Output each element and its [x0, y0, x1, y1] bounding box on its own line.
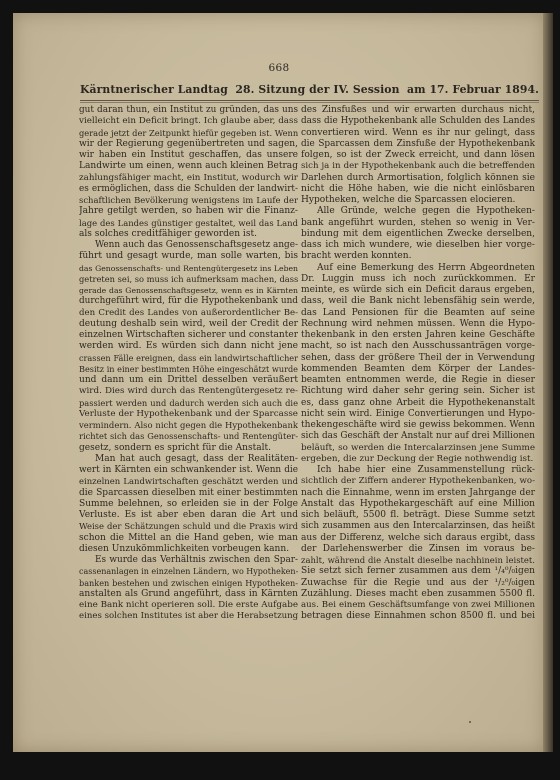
text-line: Es wurde das Verhältnis zwischen den Spa…	[79, 555, 298, 566]
text-line: Wenn auch das Genossenschaftsgesetz ange…	[79, 240, 298, 251]
text-line: beamten entnommen werde, die Regie in di…	[301, 375, 535, 386]
text-line: Summe belehnen, so erleiden sie in der F…	[79, 499, 298, 510]
text-line: wir haben ein Institut geschaffen, das u…	[79, 150, 298, 161]
text-line: aus der Differenz, welche sich daraus er…	[301, 533, 535, 544]
text-line: sich beläuft, 5500 fl. beträgt. Diese Su…	[301, 510, 535, 521]
text-line: meinte, es würde sich ein Deficit daraus…	[301, 285, 535, 296]
text-line: thekenbank in den ersten Jahren keine Ge…	[301, 330, 535, 341]
text-line: das Genossenschafts- und Rentengütergese…	[79, 263, 298, 274]
header-rule	[80, 100, 539, 103]
text-line: lage des Landes günstiger gestaltet, wei…	[79, 218, 298, 229]
text-line: führt und gesagt wurde, man solle warten…	[79, 251, 298, 262]
text-line: eines solchen Institutes ist aber die He…	[79, 611, 298, 622]
text-line: vielleicht ein Deficit bringt. Ich glaub…	[79, 116, 298, 127]
text-line: wert in Kärnten ein schwankender ist. We…	[79, 465, 298, 476]
text-line: es ermöglichen, dass die Schulden der la…	[79, 184, 298, 195]
text-line: sehen, dass der größere Theil der in Ver…	[301, 353, 535, 364]
text-line: Hypotheken, welche die Sparcassen elocie…	[301, 195, 535, 206]
text-line: bindung mit dem eigentlichen Zwecke ders…	[301, 229, 535, 240]
text-line: vermindern. Also nicht gegen die Hypothe…	[79, 420, 298, 431]
text-line: es, dass ganz ohne Arbeit die Hypotheken…	[301, 398, 535, 409]
text-line: anstalten als Grund angeführt, dass in K…	[79, 589, 298, 600]
text-line: folgen, so ist der Zweck erreicht, und d…	[301, 150, 535, 161]
text-line: passiert werden und dadurch werden sich …	[79, 398, 298, 409]
text-line: nicht sein wird. Einige Convertierungen …	[301, 409, 535, 420]
text-line: zahlungsfähiger macht, ein Institut, wod…	[79, 173, 298, 184]
text-line: convertieren wird. Wenn es ihr nur gelin…	[301, 128, 535, 139]
text-line: Besitz in einer bestimmten Höhe eingesch…	[79, 364, 298, 375]
text-line: Man hat auch gesagt, dass der Realitäten…	[79, 454, 298, 465]
text-line: das Land Pensionen für die Beamten auf s…	[301, 308, 535, 319]
text-line: einzelnen Wirtschaften sicherer und cons…	[79, 330, 298, 341]
text-line: banken bestehen und zwischen einigen Hyp…	[79, 578, 298, 589]
text-line: den Credit des Landes von außerordentlic…	[79, 308, 298, 319]
scanned-page: 668 Kärntnerischer Landtag 28. Sitzung d…	[13, 13, 545, 752]
text-line: eine Bank nicht operieren soll. Die erst…	[79, 600, 298, 611]
text-line: Rechnung wird nehmen müssen. Wenn die Hy…	[301, 319, 535, 330]
text-line: Weise der Schätzungen schuld und die Pra…	[79, 521, 298, 532]
text-line: des Zinsfußes und wir erwarten durchaus …	[301, 105, 535, 116]
text-line: bank angeführt wurden, stehen so wenig i…	[301, 218, 535, 229]
text-line: thekengeschäfte wird sie gewiss bekommen…	[301, 420, 535, 431]
text-line: durchgeführt wird, für die Hypothekenban…	[79, 296, 298, 307]
text-line: crassen Fälle ereignen, dass ein landwir…	[79, 353, 298, 364]
text-line: sichtlich der Ziffern anderer Hypotheken…	[301, 476, 535, 487]
text-line: schaftlichen Bevölkerung wenigstens im L…	[79, 195, 298, 206]
text-line: betragen diese Einnahmen schon 8500 fl. …	[301, 611, 535, 622]
page-number: 668	[13, 62, 545, 74]
text-column-right: des Zinsfußes und wir erwarten durchaus …	[301, 105, 535, 623]
text-line: nach die Einnahme, wenn im ersten Jahrga…	[301, 488, 535, 499]
text-line: Richtung wird daher sehr gering sein. Si…	[301, 386, 535, 397]
text-line: die Sparcassen dem Zinsfuße der Hypothek…	[301, 139, 535, 150]
running-head: Kärntnerischer Landtag 28. Sitzung der I…	[80, 83, 539, 96]
text-line: kommenden Beamten dem Körper der Landes-	[301, 364, 535, 375]
paper-speck	[469, 721, 471, 723]
text-line: Auf eine Bemerkung des Herrn Abgeordnete…	[301, 263, 535, 274]
text-line: Verluste der Hypothekenbank und der Spar…	[79, 409, 298, 420]
running-head-right: am 17. Februar 1894.	[407, 83, 539, 96]
running-head-left: Kärntnerischer Landtag	[80, 83, 228, 96]
text-line: Zuzählung. Dieses macht eben zusammen 55…	[301, 589, 535, 600]
text-line: wird. Dies wird durch das Rentengüterges…	[79, 386, 298, 397]
text-line: als solches creditfähiger geworden ist.	[79, 229, 298, 240]
text-line: getreten sei, so muss ich aufmerksam mac…	[79, 274, 298, 285]
text-line: deutung deshalb sein wird, weil der Cred…	[79, 319, 298, 330]
text-line: sich zusammen aus den Intercalarzinsen, …	[301, 521, 535, 532]
text-line: Alle Gründe, welche gegen die Hypotheken…	[301, 206, 535, 217]
page-edge-shadow	[543, 13, 553, 752]
text-line: einzelnen Landwirtschaften geschätzt wer…	[79, 476, 298, 487]
text-line: Landwirte um einen, wenn auch kleinen Be…	[79, 161, 298, 172]
text-line: Sie setzt sich ferner zusammen aus dem ¹…	[301, 566, 535, 577]
text-line: gerade das Genossenschaftsgesetz, wenn e…	[79, 285, 298, 296]
text-line: cassenanlagen in einzelnen Ländern, wo H…	[79, 566, 298, 577]
text-line: richtet sich das Genossenschafts- und Re…	[79, 431, 298, 442]
running-head-center: 28. Sitzung der IV. Session	[235, 83, 399, 96]
text-line: sich ja in der Hypothekenbank auch die b…	[301, 161, 535, 172]
text-line: gut daran thun, ein Institut zu gründen,…	[79, 105, 298, 116]
text-line: wir der Regierung gegenübertreten und sa…	[79, 139, 298, 150]
text-line: sich das Geschäft der Anstalt nur auf dr…	[301, 431, 535, 442]
text-line: Darlehen durch Armortisation, folglich k…	[301, 173, 535, 184]
text-line: Dr. Luggin muss ich noch zurückkommen. E…	[301, 274, 535, 285]
text-line: die Sparcassen dieselben mit einer besti…	[79, 488, 298, 499]
text-line: dass ich mich wundere, wie dieselben hie…	[301, 240, 535, 251]
text-line: gesetz, sondern es spricht für die Ansta…	[79, 443, 298, 454]
text-line: ergeben, die zur Deckung der Regie nothw…	[301, 454, 535, 465]
text-line: aus. Bei einem Geschäftsumfange von zwei…	[301, 600, 535, 611]
text-line: Verluste. Es ist aber eben daran die Art…	[79, 510, 298, 521]
text-line: gerade jetzt der Zeitpunkt hiefür gegebe…	[79, 128, 298, 139]
text-line: Anstalt das Hypothekargeschäft auf eine …	[301, 499, 535, 510]
text-line: und dann um ein Drittel desselben veräuß…	[79, 375, 298, 386]
text-line: schon die Mittel an die Hand geben, wie …	[79, 533, 298, 544]
text-line: zahlt, während die Anstalt dieselbe nach…	[301, 555, 535, 566]
text-line: Ich habe hier eine Zusammenstellung rück…	[301, 465, 535, 476]
text-line: diesen Unzukömmlichkeiten vorbeugen kann…	[79, 544, 298, 555]
text-line: macht, so ist nach den Ausschussanträgen…	[301, 341, 535, 352]
text-line: nicht die Höhe haben, wie die nicht einl…	[301, 184, 535, 195]
text-column-left: gut daran thun, ein Institut zu gründen,…	[79, 105, 298, 623]
text-line: dass, weil die Bank nicht lebensfähig se…	[301, 296, 535, 307]
text-line: bracht werden konnten.	[301, 251, 535, 262]
text-line: der Darlehenswerber die Zinsen im voraus…	[301, 544, 535, 555]
text-line: Jahre getilgt werden, so haben wir die F…	[79, 206, 298, 217]
text-line: beläuft, so werden die Intercalarzinsen …	[301, 443, 535, 454]
text-line: Zuwachse für die Regie und aus der ¹/₂⁰/…	[301, 578, 535, 589]
text-line: dass die Hypothekenbank alle Schulden de…	[301, 116, 535, 127]
text-line: werden wird. Es würden sich dann nicht j…	[79, 341, 298, 352]
